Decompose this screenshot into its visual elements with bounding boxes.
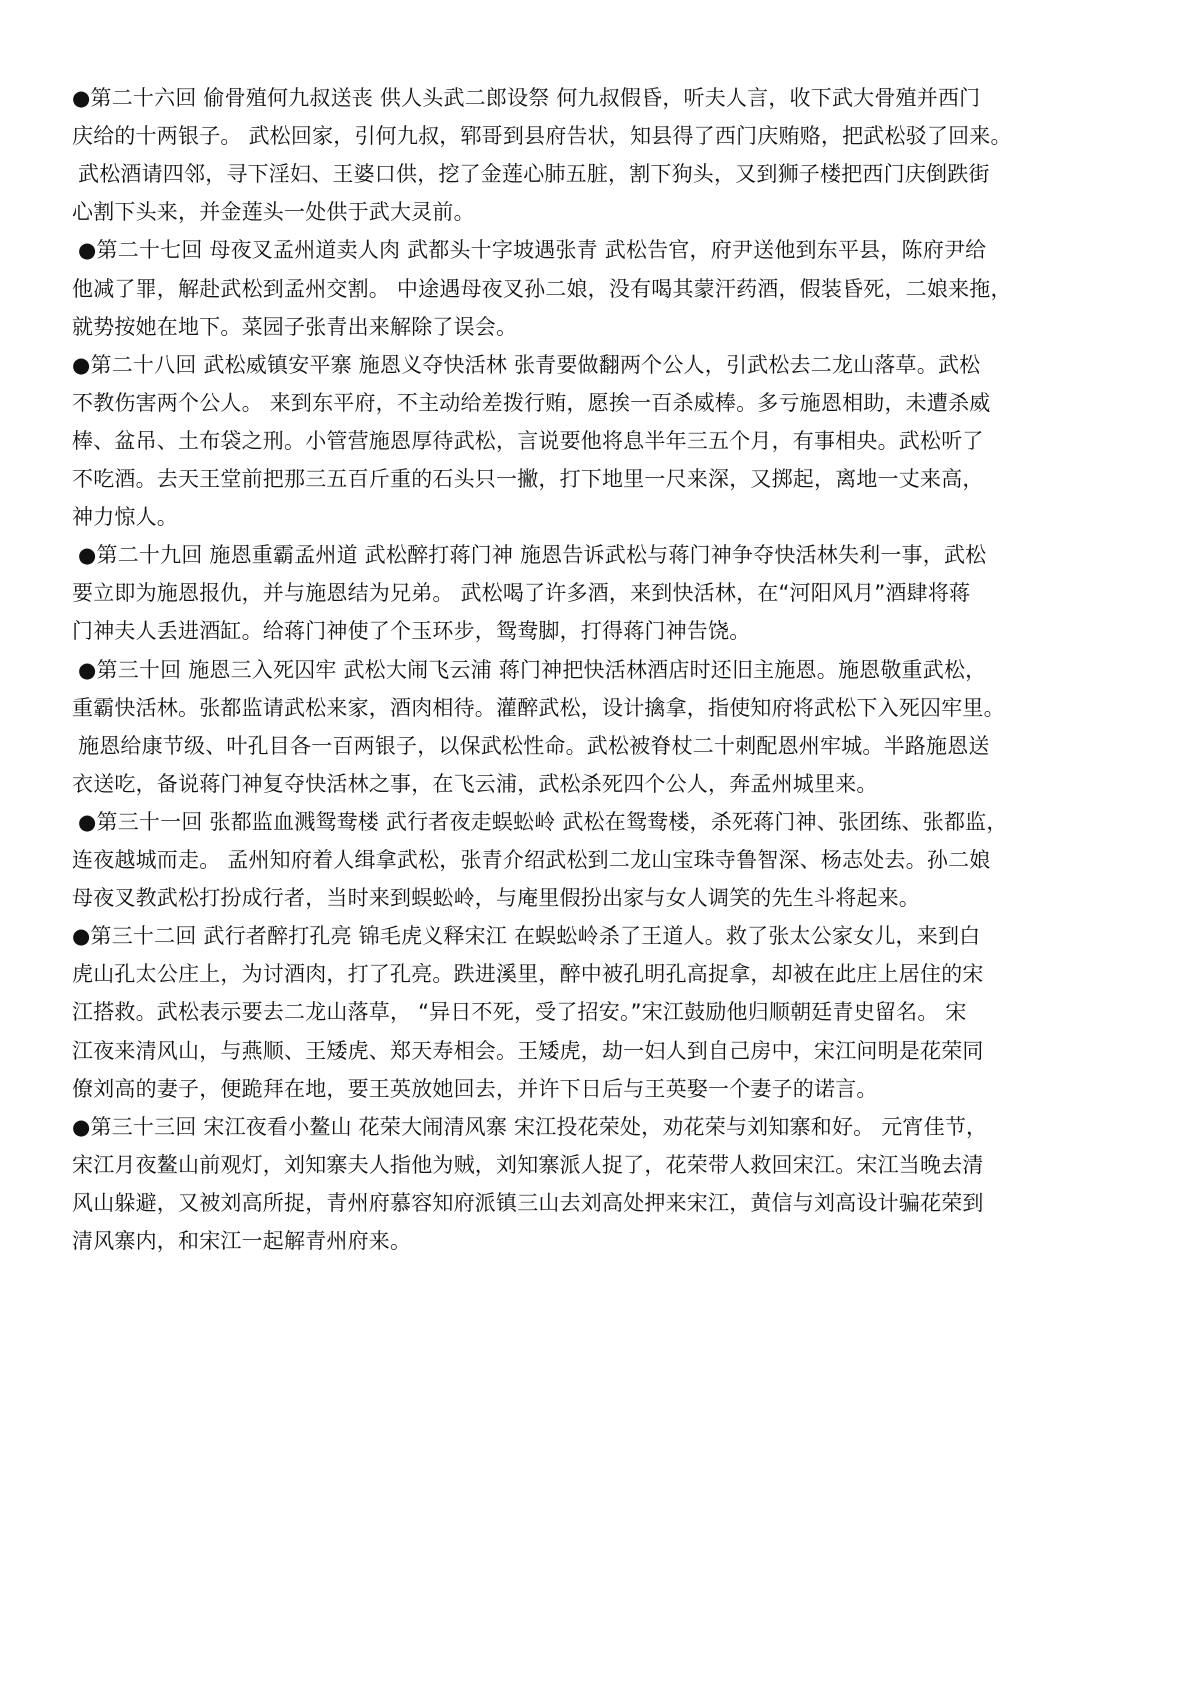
- text-line: 棒、盆吊、土布袋之刑。小管营施恩厚待武松，言说要他将息半年三五个月，有事相央。武…: [72, 427, 984, 455]
- text-line: 就势按她在地下。菜园子张青出来解除了误会。: [72, 313, 517, 341]
- text-line: 宋江月夜鳌山前观灯，刘知寨夫人指他为贼，刘知寨派人捉了，花荣带人救回宋江。宋江当…: [72, 1151, 984, 1179]
- text-line: 僚刘高的妻子，便跪拜在地，要王英放她回去，并许下日后与王英娶一个妻子的诺言。: [72, 1075, 878, 1103]
- text-line: 庆给的十两银子。 武松回家，引何九叔，郓哥到县府告状，知县得了西门庆贿赂，把武松…: [72, 122, 1012, 150]
- text-line: 不教伤害两个公人。 来到东平府，不主动给差拨行贿，愿挨一百杀威棒。多亏施恩相助，…: [72, 389, 990, 417]
- text-line: 重霸快活林。张都监请武松来家，酒肉相待。灌醉武松，设计擒拿，指使知府将武松下入死…: [72, 694, 1005, 722]
- text-line: 衣送吃，备说蒋门神复夺快活林之事，在飞云浦，武松杀死四个公人，奔孟州城里来。: [72, 770, 878, 798]
- text-line: 虎山孔太公庄上，为讨酒肉，打了孔亮。跌进溪里，醉中被孔明孔高捉拿，却被在此庄上居…: [72, 960, 984, 988]
- text-line: ●第三十回 施恩三入死囚牢 武松大闹飞云浦 蒋门神把快活林酒店时还旧主施恩。施恩…: [78, 656, 986, 684]
- text-line: 心割下头来，并金莲头一处供于武大灵前。: [72, 198, 475, 226]
- text-line: 不吃酒。去天王堂前把那三五百斤重的石头只一撇，打下地里一尺来深，又掷起，离地一丈…: [72, 465, 984, 493]
- text-line: ●第二十九回 施恩重霸孟州道 武松醉打蒋门神 施恩告诉武松与蒋门神争夺快活林失利…: [78, 541, 986, 569]
- text-line: 神力惊人。: [72, 503, 178, 531]
- text-line: 他减了罪，解赴武松到孟州交割。 中途遇母夜叉孙二娘，没有喝其蒙汗药酒，假装昏死，…: [72, 275, 1012, 303]
- text-line: 江搭救。武松表示要去二龙山落草， “异日不死，受了招安。”宋江鼓励他归顺朝廷青史…: [72, 998, 967, 1026]
- text-line: 江夜来清风山，与燕顺、王矮虎、郑天寿相会。王矮虎，劫一妇人到自己房中，宋江问明是…: [72, 1037, 984, 1065]
- text-line: 施恩给康节级、叶孔目各一百两银子，以保武松性命。武松被脊杖二十刺配恩州牢城。半路…: [78, 732, 990, 760]
- text-line: 清风寨内，和宋江一起解青州府来。: [72, 1227, 411, 1255]
- text-line: ●第三十二回 武行者醉打孔亮 锦毛虎义释宋江 在蜈蚣岭杀了王道人。救了张太公家女…: [72, 922, 980, 950]
- text-line: ●第三十三回 宋江夜看小鳌山 花荣大闹清风寨 宋江投花荣处，劝花荣与刘知寨和好。…: [72, 1113, 987, 1141]
- text-line: ●第二十六回 偷骨殖何九叔送丧 供人头武二郎设祭 何九叔假昏，听夫人言，收下武大…: [72, 84, 980, 112]
- text-line: 风山躲避，又被刘高所捉，青州府慕容知府派镇三山去刘高处押来宋江，黄信与刘高设计骗…: [72, 1189, 984, 1217]
- text-line: 门神夫人丢进酒缸。给蒋门神使了个玉环步，鸳鸯脚，打得蒋门神告饶。: [72, 617, 750, 645]
- text-line: ●第二十七回 母夜叉孟州道卖人肉 武都头十字坡遇张青 武松告官，府尹送他到东平县…: [78, 236, 986, 264]
- text-line: ●第三十一回 张都监血溅鸳鸯楼 武行者夜走蜈蚣岭 武松在鸳鸯楼，杀死蒋门神、张团…: [78, 808, 1008, 836]
- text-line: 连夜越城而走。 孟州知府着人缉拿武松，张青介绍武松到二龙山宝珠寺鲁智深、杨志处去…: [72, 846, 990, 874]
- document-page: ●第二十六回 偷骨殖何九叔送丧 供人头武二郎设祭 何九叔假昏，听夫人言，收下武大…: [0, 0, 1191, 1684]
- text-line: 母夜叉教武松打扮成行者，当时来到蜈蚣岭，与庵里假扮出家与女人调笑的先生斗将起来。: [72, 884, 920, 912]
- text-line: 要立即为施恩报仇，并与施恩结为兄弟。 武松喝了许多酒，来到快活林，在“河阳风月”…: [72, 579, 970, 607]
- text-line: 武松酒请四邻，寻下淫妇、王婆口供，挖了金莲心肺五脏，割下狗头，又到狮子楼把西门庆…: [78, 160, 990, 188]
- text-line: ●第二十八回 武松威镇安平寨 施恩义夺快活林 张青要做翻两个公人，引武松去二龙山…: [72, 351, 980, 379]
